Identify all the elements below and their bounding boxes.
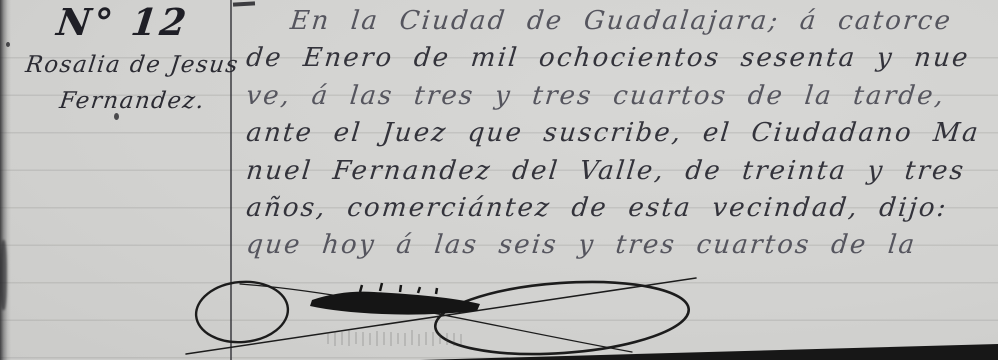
margin-name-line1: Rosalia de Jesus [24,52,241,78]
manuscript-line-5: nuel Fernandez del Valle, de treinta y t… [244,156,998,193]
record-number: N° 12 [35,0,210,44]
manuscript-body: En la Ciudad de Guadalajara; á catorce d… [244,6,998,268]
ink-speck [114,113,119,120]
manuscript-line-1: En la Ciudad de Guadalajara; á catorce [244,6,998,43]
signature-flourish [180,266,700,358]
margin-name-line2: Fernandez. [58,88,207,114]
manuscript-line-7: que hoy á las seis y tres cuartos de la [244,230,998,267]
manuscript-line-4: ante el Juez que suscribe, el Ciudadano … [244,118,998,155]
manuscript-line-2: de Enero de mil ochocientos sesenta y nu… [244,43,998,80]
manuscript-line-6: años, comerciántez de esta vecindad, dij… [244,193,998,230]
ink-speck [6,42,10,47]
manuscript-page: N° 12 Rosalia de Jesus Fernandez. En la … [0,0,998,360]
manuscript-line-3: ve, á las tres y tres cuartos de la tard… [244,81,998,118]
signature-scrawl [310,292,480,315]
